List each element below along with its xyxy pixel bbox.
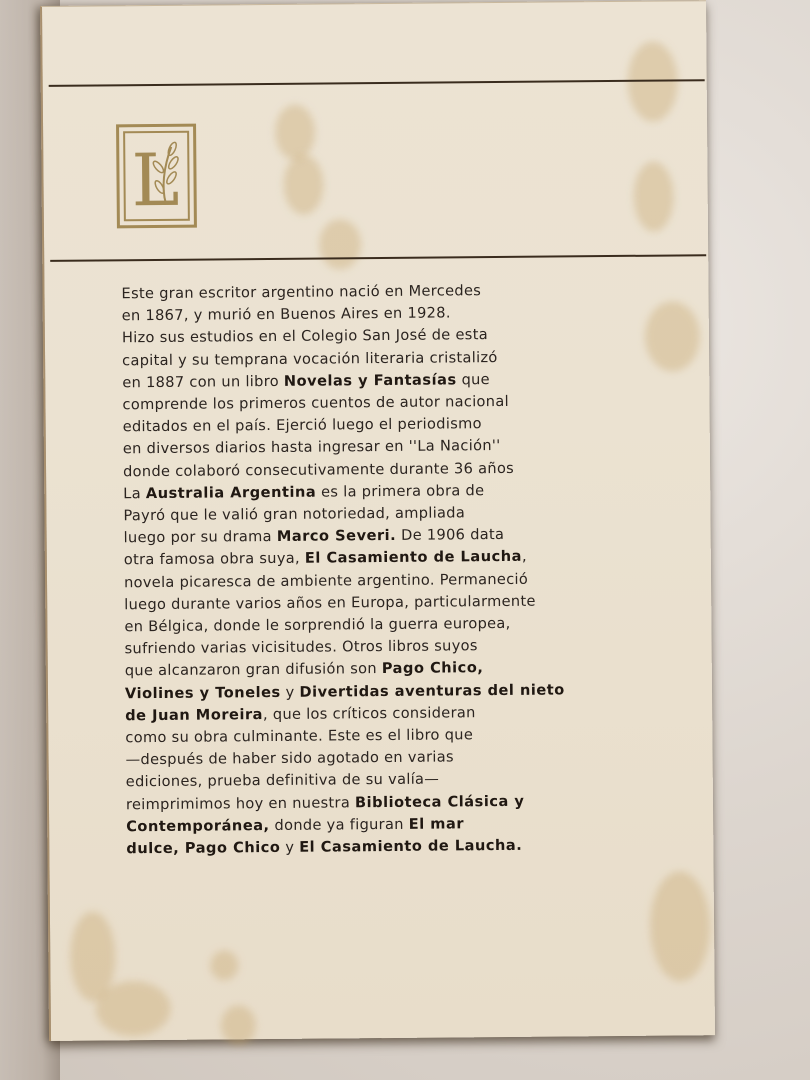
body-text: en 1867, y murió en Buenos Aires en 1928… — [122, 305, 451, 325]
book-title-text: Australia Argentina — [146, 483, 316, 501]
blurb-line: capital y su temprana vocación literaria… — [122, 346, 562, 372]
body-text: ediciones, prueba definitiva de su valía… — [126, 771, 440, 791]
stain — [645, 301, 701, 371]
stain — [650, 871, 711, 982]
book-title-text: Contemporánea, — [126, 817, 270, 835]
book-title-text: Divertidas aventuras del nieto — [299, 681, 564, 700]
blurb-line: reimprimimos hoy en nuestra Biblioteca C… — [126, 790, 566, 816]
book-title-text: El Casamiento de Laucha. — [299, 837, 522, 856]
body-text: sufriendo varias vicisitudes. Otros libr… — [125, 637, 478, 657]
blurb-line: dulce, Pago Chico y El Casamiento de Lau… — [126, 835, 566, 861]
body-text: luego por su drama — [124, 528, 277, 546]
body-text: Hizo sus estudios en el Colegio San José… — [122, 327, 488, 347]
blurb-line: Violines y Toneles y Divertidas aventura… — [125, 679, 565, 705]
book-title-text: Violines y Toneles — [125, 684, 281, 702]
body-text: , — [522, 548, 527, 565]
stain — [275, 105, 315, 160]
blurb-line: comprende los primeros cuentos de autor … — [122, 390, 562, 416]
body-text: luego durante varios años en Europa, par… — [124, 593, 536, 614]
body-text: , que los críticos consideran — [263, 704, 476, 723]
body-text: donde colaboró consecutivamente durante … — [123, 460, 514, 480]
publisher-emblem: L — [116, 124, 197, 229]
body-text: en Bélgica, donde le sorprendió la guerr… — [124, 615, 510, 635]
blurb-line: en diversos diarios hasta ingresar en ''… — [123, 435, 563, 461]
book-title-text: Biblioteca Clásica y — [355, 792, 525, 810]
stain — [283, 155, 324, 215]
body-text: otra famosa obra suya, — [124, 550, 305, 569]
body-text: que — [457, 371, 490, 388]
blurb-line: donde colaboró consecutivamente durante … — [123, 457, 563, 483]
stain — [96, 981, 171, 1037]
body-text: Este gran escritor argentino nació en Me… — [121, 282, 481, 302]
body-text: reimprimimos hoy en nuestra — [126, 794, 355, 813]
book-title-text: El mar — [409, 815, 464, 832]
body-text: Payró que le valió gran notoriedad, ampl… — [123, 504, 465, 524]
body-text: es la primera obra de — [316, 482, 484, 500]
body-text: en diversos diarios hasta ingresar en ''… — [123, 437, 501, 457]
stain — [221, 1005, 256, 1045]
stain — [633, 161, 674, 231]
bottom-rule-line — [50, 254, 706, 262]
laurel-l-emblem-icon: L — [125, 133, 190, 218]
book-title-text: Marco Severi. — [277, 527, 397, 545]
body-text: y — [280, 839, 299, 856]
body-text: que alcanzaron gran difusión son — [125, 660, 382, 679]
body-text: capital y su temprana vocación literaria… — [122, 349, 498, 369]
body-text: novela picaresca de ambiente argentino. … — [124, 570, 528, 591]
body-text: editados en el país. Ejerció luego el pe… — [123, 415, 482, 435]
book-title-text: Pago Chico, — [382, 660, 484, 678]
body-text: De 1906 data — [396, 526, 504, 544]
body-text: comprende los primeros cuentos de autor … — [122, 393, 509, 413]
body-text: en 1887 con un libro — [122, 373, 284, 391]
top-rule-line — [49, 79, 705, 87]
body-text: y — [281, 683, 300, 700]
body-text: La — [123, 485, 146, 502]
body-text: como su obra culminante. Este es el libr… — [125, 726, 473, 746]
book-title-text: Novelas y Fantasías — [284, 371, 457, 390]
stain — [210, 950, 238, 980]
stain — [319, 219, 361, 269]
emblem-letter: L — [131, 138, 180, 217]
body-text: —después de haber sido agotado en varias — [126, 749, 454, 769]
blurb-line: en Bélgica, donde le sorprendió la guerr… — [124, 612, 564, 638]
book-title-text: dulce, Pago Chico — [126, 839, 280, 857]
body-text: donde ya figuran — [269, 816, 408, 834]
book-title-text: de Juan Moreira — [125, 706, 263, 724]
book-title-text: El Casamiento de Laucha — [305, 548, 522, 567]
book-back-cover: L Este gran escritor argentino nació en … — [40, 0, 715, 1041]
author-biography-blurb: Este gran escritor argentino nació en Me… — [121, 279, 566, 860]
